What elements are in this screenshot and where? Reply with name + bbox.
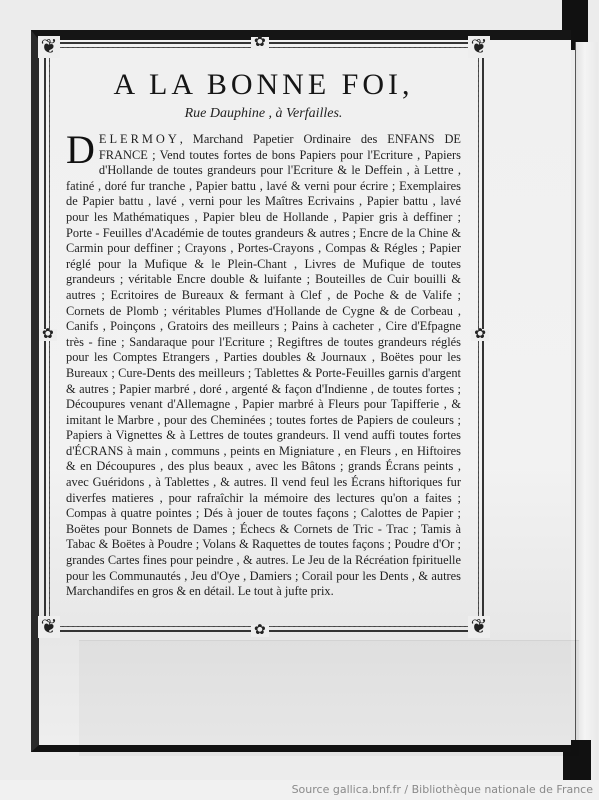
address-subtitle: Rue Dauphine , à Verfailles. [66,106,461,122]
page-title: A LA BONNE FOI, [66,68,461,102]
corner-ornament-icon: ❦ [468,616,490,638]
merchant-name: ELERMOY [99,132,180,146]
advertisement-content: A LA BONNE FOI, Rue Dauphine , à Verfail… [66,68,461,600]
body-text: , Marchand Papetier Ordinaire des ENFANS… [66,132,461,598]
paper-fold-shadow [79,640,579,756]
corner-ornament-icon: ❦ [38,616,60,638]
source-credit: Source gallica.bnf.fr / Bibliothèque nat… [292,783,593,796]
corner-ornament-icon: ❦ [468,36,490,58]
top-center-ornament-icon: ✿ [251,37,269,49]
body-paragraph: DELERMOY, Marchand Papetier Ordinaire de… [66,132,461,600]
corner-ornament-icon: ❦ [38,36,60,58]
bottom-center-ornament-icon: ✿ [251,625,269,637]
drop-cap: D [66,134,95,166]
left-center-ornament-icon: ✿ [39,329,57,341]
right-center-ornament-icon: ✿ [471,329,489,341]
